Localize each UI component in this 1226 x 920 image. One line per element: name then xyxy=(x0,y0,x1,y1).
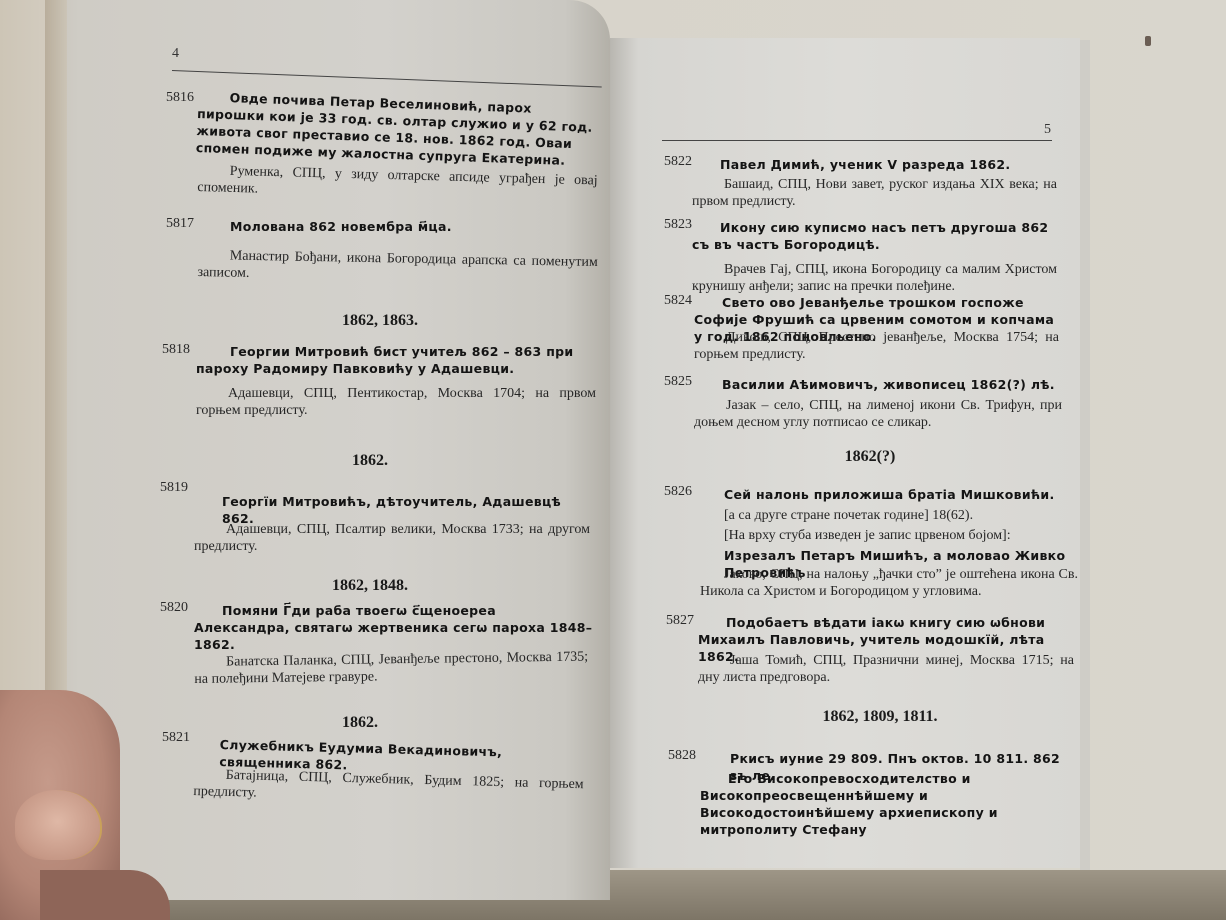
entry-inscription: Василии Аѣимовичъ, живописец 1862(?) лѣ. xyxy=(722,376,1062,393)
right-page-number: 5 xyxy=(1044,122,1051,138)
right-page-under-edge xyxy=(1080,40,1090,870)
entry-inscription: Георгии Митровић бист учитељ 862 – 863 п… xyxy=(196,343,596,377)
entry-inscription-secondary: Его Високопревосходителство и Високопрео… xyxy=(700,770,1090,838)
entry-number: 5816 xyxy=(166,90,194,106)
thumb xyxy=(15,790,102,860)
entry-number: 5821 xyxy=(162,730,190,746)
entry-description: Врачев Гај, СПЦ, икона Богородицу са мал… xyxy=(692,261,1057,295)
entry-number: 5828 xyxy=(668,748,696,764)
entry-number: 5826 xyxy=(664,484,692,500)
right-header-rule xyxy=(662,140,1052,141)
entry-description: Јазак – село, СПЦ, на лименој икони Св. … xyxy=(694,397,1062,431)
entry-number: 5818 xyxy=(162,342,190,358)
finger xyxy=(40,870,170,920)
entry-inscription: Сей налонь приложиша братiа Мишковићи. xyxy=(724,486,1064,503)
entry-number: 5819 xyxy=(160,480,188,496)
entry-number: 5822 xyxy=(664,154,692,170)
entry-description: Адашевци, СПЦ, Пентикостар, Москва 1704;… xyxy=(196,385,596,419)
year-heading: 1862. xyxy=(170,714,550,732)
entry-description: Манастир Бођани, икона Богородица арапск… xyxy=(197,247,598,288)
entry-description: Дивош, СПЦ, Престоно јеванђеље, Москва 1… xyxy=(694,329,1059,363)
entry-number: 5827 xyxy=(666,613,694,629)
entry-number: 5820 xyxy=(160,600,188,616)
entry-number: 5823 xyxy=(664,217,692,233)
year-heading: 1862, 1809, 1811. xyxy=(690,708,1070,726)
year-heading: 1862(?) xyxy=(680,448,1060,466)
entry-description: Адашевци, СПЦ, Псалтир велики, Москва 17… xyxy=(194,521,590,555)
year-heading: 1862, 1863. xyxy=(190,312,570,330)
entry-inscription: Помяни Г҃ди раба твоегѡ с҃щенoерeа Алекс… xyxy=(194,602,594,653)
entry-description: Јаково, СПЦ, на налоњу „ђачки сто” је ош… xyxy=(700,566,1078,600)
entry-number: 5817 xyxy=(166,216,194,232)
entry-note: [а са друге стране почетак године] 18(62… xyxy=(724,507,1064,524)
entry-description: Јаша Томић, СПЦ, Празнични минеј, Москва… xyxy=(698,652,1074,686)
entry-inscription: Овде почива Петар Веселиновић, парох пир… xyxy=(196,88,598,170)
left-page-number: 4 xyxy=(172,46,179,62)
entry-inscription: Молована 862 новембра м҃ца. xyxy=(230,218,600,235)
entry-number: 5825 xyxy=(664,374,692,390)
entry-note: [На врху стуба изведен је запис црвеном … xyxy=(724,527,1064,544)
entry-number: 5824 xyxy=(664,293,692,309)
year-heading: 1862, 1848. xyxy=(180,577,560,595)
wall-pin xyxy=(1145,36,1151,46)
entry-inscription: Павел Димић, ученик V разреда 1862. xyxy=(720,156,1060,173)
year-heading: 1862. xyxy=(180,452,560,470)
entry-inscription: Икону сию куписмо насъ петъ другоша 862 … xyxy=(692,219,1057,253)
entry-description: Башаид, СПЦ, Нови завет, руског издања X… xyxy=(692,176,1057,210)
entry-description: Банатска Паланка, СПЦ, Јеванђеље престон… xyxy=(194,648,588,687)
